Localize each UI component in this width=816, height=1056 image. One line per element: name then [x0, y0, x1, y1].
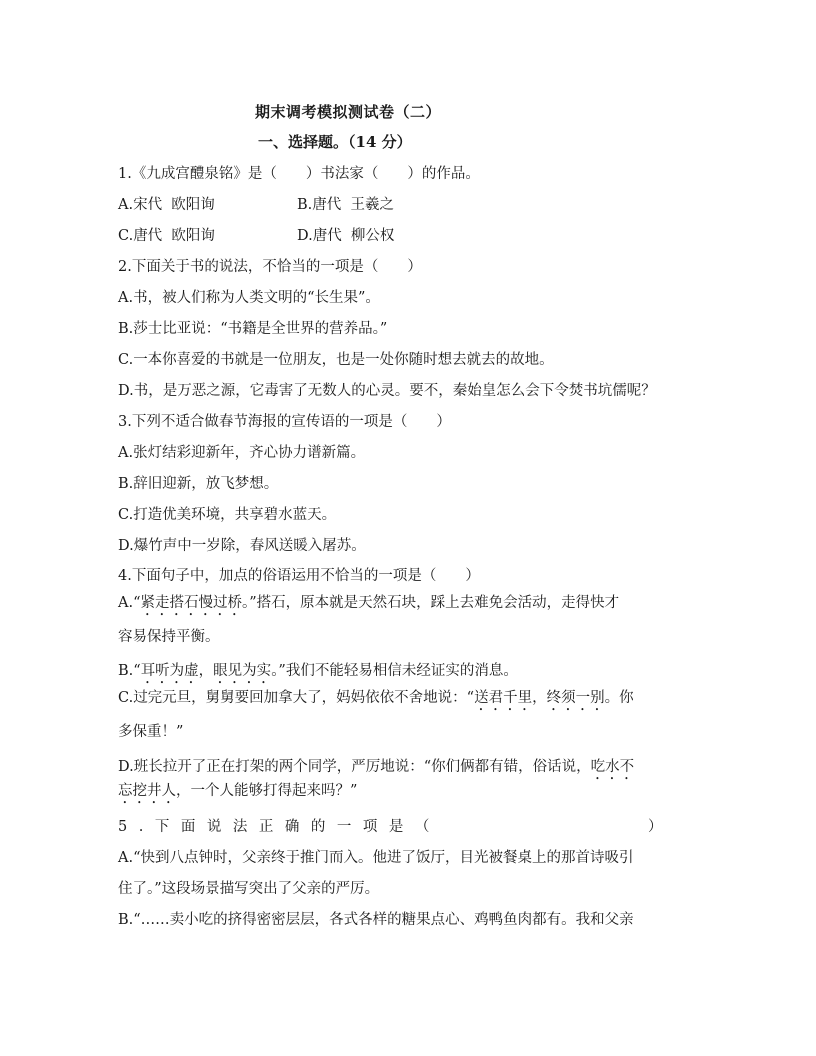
option-a-continued: 容易保持平衡。	[118, 628, 220, 646]
question-stem: 下面句子中，加点的俗语运用不恰当的一项是（ ）	[132, 568, 480, 584]
option-b: B.“耳听为虚，眼见为实。”我们不能轻易相信未经证实的消息。	[118, 662, 518, 687]
question-1-options-row-2: C.唐代 欧阳询 D.唐代 柳公权	[118, 227, 698, 245]
question-stem: 下面说法正确的一项是（	[155, 819, 441, 835]
option-d: D.爆竹声中一岁除，春风送暖入屠苏。	[118, 537, 366, 555]
option-a: A.书，被人们称为人类文明的“长生果”。	[118, 289, 380, 307]
dotted-proverb: 耳听为虚，眼见为实	[141, 663, 272, 679]
option-a-continued: 住了。”这段场景描写突出了父亲的严厉。	[118, 880, 379, 898]
page-title: 期末调考模拟测试卷（二）	[255, 101, 441, 122]
question-3: 3.下列不适合做春节海报的宣传语的一项是（ ）	[118, 413, 451, 431]
question-4: 4.下面句子中，加点的俗语运用不恰当的一项是（ ）	[118, 567, 480, 585]
question-1: 1.《九成宫醴泉铭》是（ ）书法家（ ）的作品。	[118, 165, 480, 183]
option-a: A.“快到八点钟时，父亲终于推门而入。他进了饭厅，目光被餐桌上的那首诗吸引	[118, 849, 634, 867]
option-d-continued: 忘挖井人，一个人能够打得起来吗？”	[118, 782, 357, 807]
question-2: 2.下面关于书的说法，不恰当的一项是（ ）	[118, 258, 422, 276]
question-1-options-row-1: A.宋代 欧阳询 B.唐代 王羲之	[118, 196, 698, 214]
option-c: C.唐代 欧阳询	[118, 228, 215, 244]
dotted-proverb: 送君千里，终须一别	[474, 690, 605, 706]
option-a: A.张灯结彩迎新年，齐心协力谱新篇。	[118, 444, 365, 462]
option-d: D.唐代 柳公权	[297, 227, 394, 245]
question-5: 5.下面说法正确的一项是（）	[118, 818, 698, 836]
question-stem: 《九成宫醴泉铭》是（ ）书法家（ ）的作品。	[132, 166, 480, 182]
option-b: B.唐代 王羲之	[297, 196, 394, 214]
option-d: D.书，是万恶之源，它毒害了无数人的心灵。要不，秦始皇怎么会下令焚书坑儒呢？	[118, 382, 656, 400]
dotted-proverb: 吃水不	[591, 759, 635, 775]
question-number: 1.	[118, 166, 132, 182]
option-b: B.“……卖小吃的挤得密密层层，各式各样的糖果点心、鸡鸭鱼肉都有。我和父亲	[118, 911, 634, 929]
section-heading: 一、选择题。（14 分）	[258, 131, 412, 152]
option-a: A.“紧走搭石慢过桥。”搭石，原本就是天然石块，踩上去难免会活动，走得快才	[118, 594, 619, 619]
option-d: D.班长拉开了正在打架的两个同学，严厉地说：“你们俩都有错，俗话说，吃水不	[118, 758, 634, 783]
option-c: C.过完元旦，舅舅要回加拿大了，妈妈依依不舍地说：“送君千里，终须一别。你	[118, 689, 634, 714]
dotted-proverb: 忘挖井人	[118, 783, 176, 799]
question-stem: 下面关于书的说法，不恰当的一项是（ ）	[132, 259, 422, 275]
option-c: C.打造优美环境，共享碧水蓝天。	[118, 506, 336, 524]
option-b: B.莎士比亚说：“书籍是全世界的营养品。”	[118, 320, 387, 338]
dotted-proverb: 紧走搭石慢过桥	[141, 595, 243, 611]
answer-paren-close: ）	[648, 818, 663, 836]
option-c-continued: 多保重！”	[118, 723, 183, 741]
question-stem: 下列不适合做春节海报的宣传语的一项是（ ）	[132, 414, 451, 430]
option-a: A.宋代 欧阳询	[118, 197, 215, 213]
option-b: B.辞旧迎新，放飞梦想。	[118, 475, 278, 493]
option-c: C.一本你喜爱的书就是一位朋友，也是一处你随时想去就去的故地。	[118, 351, 554, 369]
